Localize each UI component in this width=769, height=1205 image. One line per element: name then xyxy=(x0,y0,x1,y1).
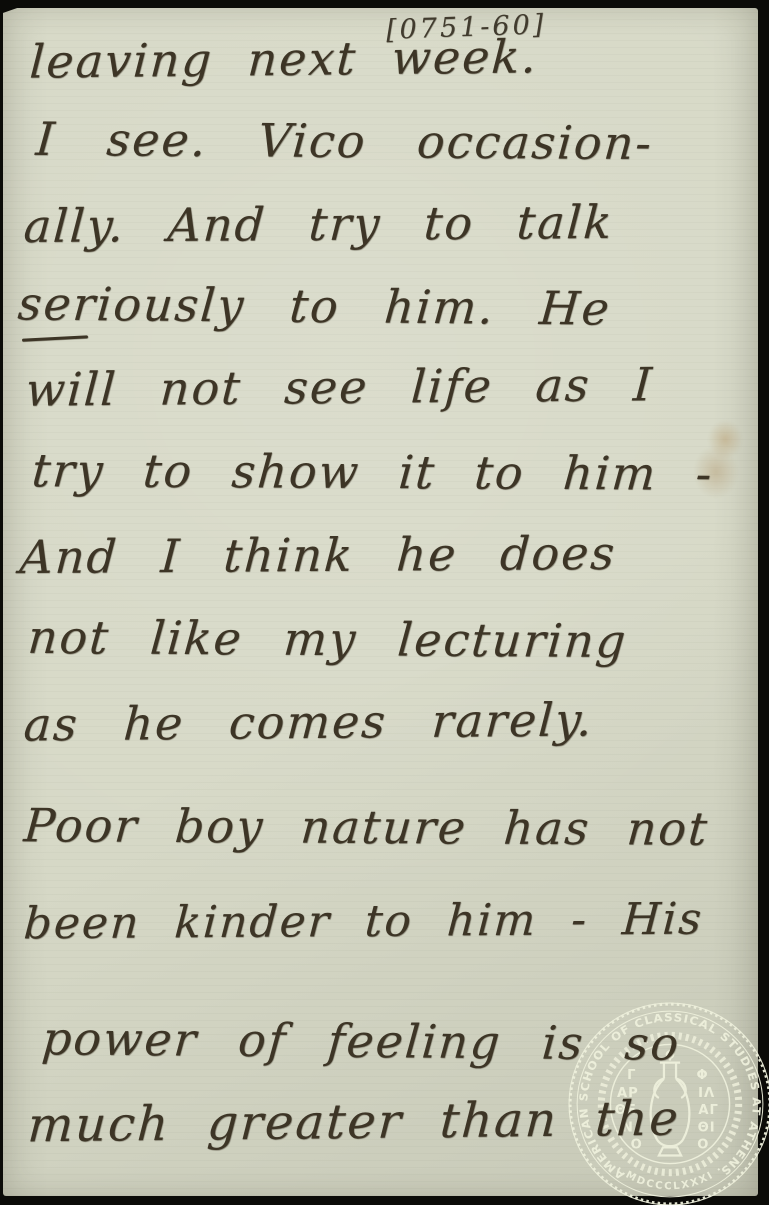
handwriting-line: I see. Vico occasion- xyxy=(34,112,655,170)
handwriting-line: not like my lecturing xyxy=(26,610,629,668)
handwriting-line: ally. And try to talk xyxy=(22,195,615,253)
handwriting-line: power of feeling is so xyxy=(40,1011,682,1071)
handwriting-line: much greater than the xyxy=(26,1091,681,1154)
scan-corner-shadow xyxy=(0,0,40,14)
handwriting-line: leaving next week. xyxy=(28,29,540,88)
handwriting-line: been kinder to him - His xyxy=(22,894,705,950)
letter-scan: AMERICAN SCHOOL OF CLASSICAL STUDIES AT … xyxy=(0,0,769,1205)
handwriting-line: seriously to him. He xyxy=(16,276,613,335)
handwriting-line: Poor boy nature has not xyxy=(22,798,711,856)
handwriting-line: as he comes rarely. xyxy=(22,693,595,752)
handwriting-line: will not see life as I xyxy=(24,357,655,416)
handwriting-line: And I think he does xyxy=(18,526,618,584)
handwriting-line: try to show it to him - xyxy=(30,443,715,501)
seal-greek-right: Φ ΙΛ ΑΓ ΘΙ Ο xyxy=(696,1068,724,1153)
